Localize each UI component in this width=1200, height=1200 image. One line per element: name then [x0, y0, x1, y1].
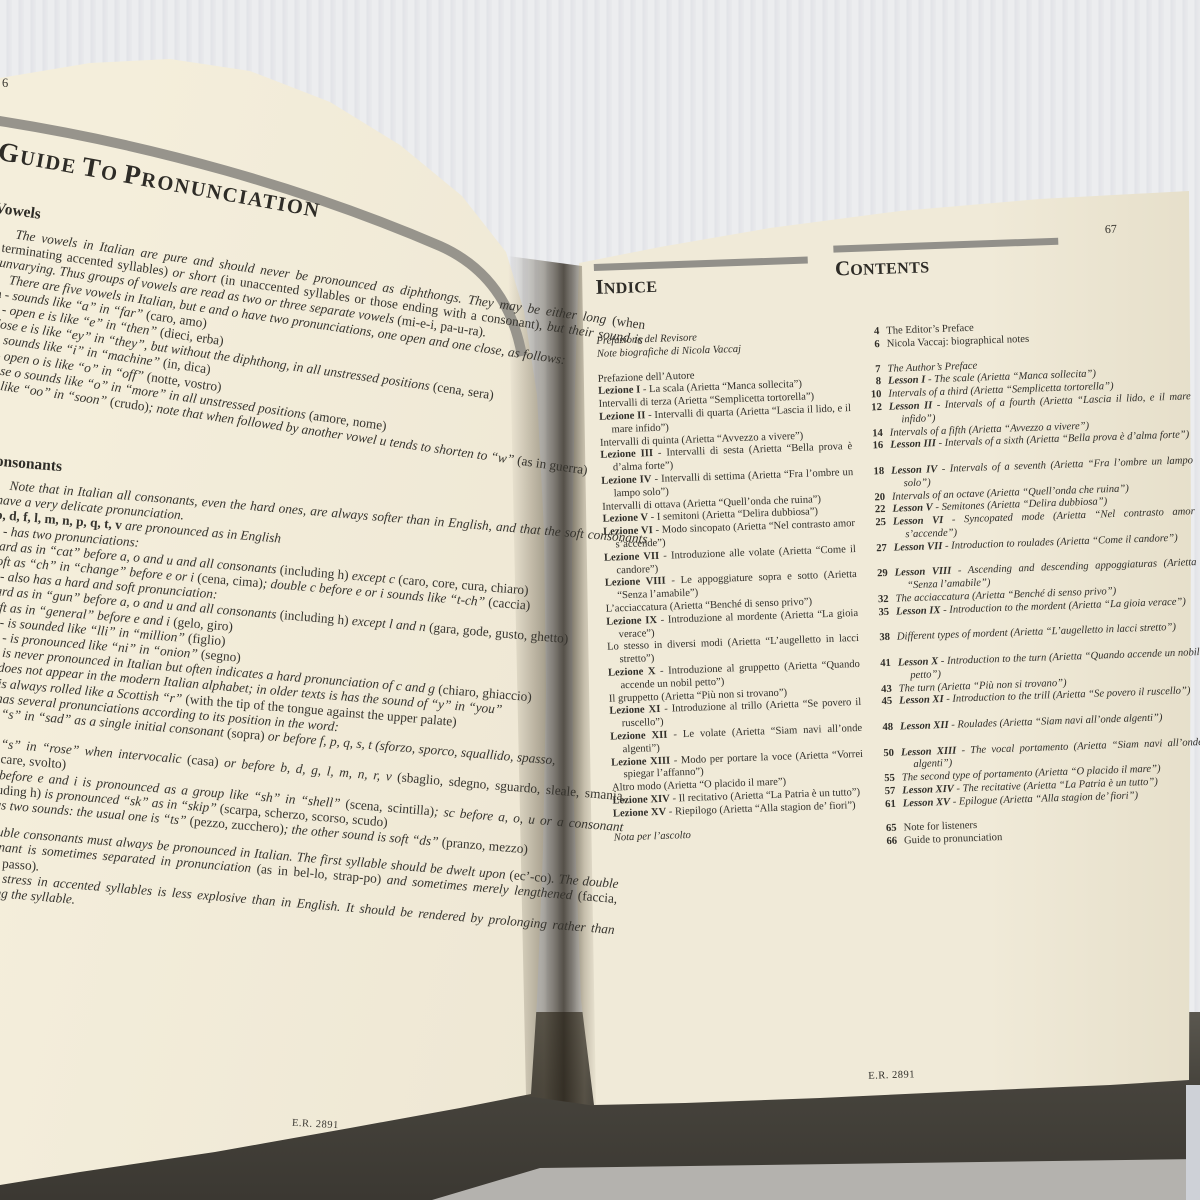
toc-page-number: 41 [867, 658, 892, 684]
table-of-contents: Prefazione del Revisore4The Editor’s Pre… [596, 315, 1200, 859]
left-page-number: 6 [2, 76, 8, 91]
indice-rule [594, 257, 808, 271]
toc-page-number: 16 [859, 440, 884, 466]
right-footer-code: E.R. 2891 [868, 1069, 915, 1082]
toc-page-number: 45 [868, 696, 893, 722]
toc-page-number: 50 [870, 747, 895, 773]
contents-heading: CONTENTS [835, 253, 930, 281]
toc-page-number: 43 [868, 683, 892, 697]
toc-page-number: 55 [871, 773, 895, 787]
toc-page-number: 48 [869, 722, 894, 748]
toc-page-number: 25 [862, 517, 887, 543]
consonants-body: Note that in Italian all consonants, eve… [0, 477, 648, 952]
toc-page-number: 7 [856, 364, 880, 378]
toc-page-number: 4 [855, 326, 879, 340]
right-page-content: 67 INDICE CONTENTS Prefazione del Reviso… [592, 193, 1200, 1113]
contents-rule [833, 238, 1058, 253]
toc-page-number: 38 [866, 632, 891, 658]
book-photo: 6 GUIDE TO PRONUNCIATION Vowels The vowe… [0, 0, 1200, 1200]
toc-page-number: 29 [864, 568, 889, 594]
toc-page-number: 10 [857, 389, 881, 403]
left-footer-code: E.R. 2891 [292, 1118, 339, 1131]
toc-page-number: 12 [858, 402, 883, 428]
toc-header: INDICE CONTENTS [592, 193, 1195, 314]
consonants-section: Consonants Note that in Italian all cons… [0, 453, 650, 952]
toc-page-number: 32 [864, 594, 888, 608]
toc-page-number: 65 [872, 823, 896, 837]
toc-page-number: 18 [860, 466, 885, 492]
toc-page-number: 22 [861, 504, 885, 518]
toc-page-number: 6 [856, 339, 880, 353]
toc-page-number: 35 [865, 607, 890, 633]
toc-page-number: 61 [872, 798, 896, 812]
indice-heading: INDICE [595, 273, 658, 300]
toc-page-number: 27 [863, 543, 888, 569]
toc-page-number: 20 [861, 492, 885, 506]
toc-page-number: 14 [859, 428, 883, 442]
toc-page-number: 66 [873, 836, 897, 850]
toc-page-number: 57 [871, 786, 895, 800]
toc-page-number: 8 [857, 376, 881, 390]
